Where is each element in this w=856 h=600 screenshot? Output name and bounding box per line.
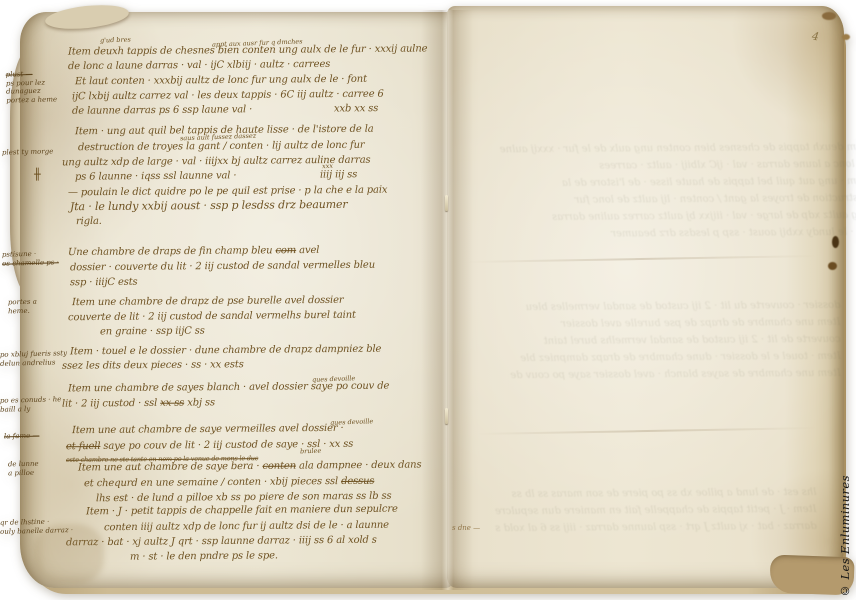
manuscript-line: ps 6 launne · iqss ssl launne val · iiij…: [75, 170, 236, 183]
interlinear-note: g'ud bres: [100, 35, 131, 44]
manuscript-photo: g'ud bres appt aux ausr fur q dmches Ite…: [0, 0, 856, 600]
margin-note-line: portes a: [8, 298, 37, 307]
struck-text: xx ss: [160, 398, 184, 409]
manuscript-line: Item · touel e le dossier · dune chambre…: [70, 344, 381, 359]
left-page: g'ud bres appt aux ausr fur q dmches Ite…: [20, 12, 454, 588]
manuscript-line: Item une chambre de drapz de pse burelle…: [72, 295, 344, 309]
margin-note: plest ty morge: [2, 147, 54, 157]
manuscript-line: conten iiij aultz xdp de lonc fur ij aul…: [104, 520, 389, 534]
line-text: avel: [299, 245, 319, 256]
price-amount: iiij iij ss: [320, 169, 357, 181]
line-text: et chequrd en une semaine / conten · xbi…: [84, 476, 338, 489]
line-text: xbj ss: [187, 397, 215, 408]
margin-note: de lunne a pilloe: [8, 460, 39, 478]
bleed-through-text: lhs est · de lund a pilloe xb ss po pier…: [495, 484, 817, 537]
manuscript-line: Item une aut chambre de saye bera · cont…: [78, 460, 422, 475]
manuscript-line: Et laut conten · xxxbij aultz de lonc fu…: [75, 74, 367, 89]
manuscript-line: et chequrd en une semaine / conten · xbi…: [84, 476, 374, 491]
manuscript-line: couverte de lit · 2 iij custod de sandal…: [68, 310, 356, 325]
ghost-line: Jta · le lundy xxbij aoust · ssp p lesds…: [500, 224, 856, 244]
margin-note-line: a pilloe: [8, 468, 39, 477]
manuscript-line: rigla.: [76, 216, 102, 228]
margin-note-line: delun andrelius: [0, 358, 67, 368]
bleed-through-text: dossier · couverte du lit · 2 iij custod…: [510, 297, 841, 384]
manuscript-line: Item une aut chambre de saye vermeilles …: [72, 423, 344, 437]
ink-offset-mark: s dne —: [452, 524, 480, 532]
struck-text: com: [275, 245, 296, 256]
margin-note-line: heme.: [8, 306, 37, 315]
margin-note-line: baill a ly: [0, 404, 62, 414]
margin-note-line: po es conuds · he: [0, 395, 61, 405]
margin-note-line: ouly banelle darraz ·: [0, 526, 73, 536]
manuscript-line: de lonc a laune darras · val · ijC xlbii…: [68, 59, 330, 73]
margin-note-line: po xbluj fueris ssty: [0, 349, 67, 359]
manuscript-line: m · st · le den pndre ps le spe.: [130, 550, 278, 563]
line-text: de launne darras ps 6 ssp laune val ·: [72, 104, 252, 117]
binding-stitch: [445, 195, 448, 211]
margin-note-line: plest ty morge: [2, 147, 54, 157]
ghost-line: Item une chambre de sayes blanch · avel …: [510, 365, 841, 384]
line-text: ala dampnee · deux dans: [299, 460, 422, 472]
manuscript-line: Item · J · petit tappis de chappelle fai…: [86, 504, 398, 519]
manuscript-line: destruction de troyes la gant / conten ·…: [78, 140, 365, 154]
page-crease: [477, 427, 817, 435]
manuscript-line: ssez les dits deux pieces · ss · xx ests: [62, 359, 244, 373]
manuscript-line: Jta · le lundy xxbij aoust · ssp p lesds…: [70, 199, 348, 213]
open-manuscript-book: g'ud bres appt aux ausr fur q dmches Ite…: [26, 4, 848, 596]
line-text: Une chambre de draps de fin champ bleu: [68, 245, 273, 258]
manuscript-line: Une chambre de draps de fin champ bleu c…: [68, 245, 319, 259]
price-amount: xxb xx ss: [334, 103, 378, 115]
photo-credit: © Les Enluminures: [838, 442, 852, 598]
margin-note: portes a heme.: [8, 298, 37, 316]
margin-note: plust — ps pour lez dunaguez portez a he…: [6, 69, 58, 104]
margin-note-line: os chamelle ps ·: [2, 258, 59, 268]
folio-number: 4: [811, 30, 820, 44]
scribal-hash-mark: ╫: [34, 168, 39, 181]
manuscript-line: dossier · couverte du lit · 2 iij custod…: [70, 260, 375, 275]
margin-note-line: de lunne: [8, 460, 39, 469]
right-page: 4 Item deuxh tappis de chesnes bien cont…: [447, 6, 844, 588]
line-text: Item une aut chambre de saye bera ·: [78, 461, 259, 474]
page-crease: [467, 255, 817, 263]
interlinear-note: brulee: [300, 447, 322, 456]
struck-text: et fuell: [66, 441, 100, 452]
line-text: ps 6 launne · iqss ssl launne val ·: [75, 170, 236, 182]
manuscript-line: ssp · iiijC ests: [70, 277, 138, 290]
manuscript-line: Item deuxh tappis de chesnes bien conten…: [68, 43, 428, 58]
manuscript-line: de launne darras ps 6 ssp laune val · xx…: [72, 104, 252, 118]
manuscript-line: en graine · ssp iijC ss: [100, 326, 205, 339]
manuscript-line: darraz · bat · xj aultz J qrt · ssp laun…: [66, 535, 377, 550]
margin-note: pstisune · os chamelle ps ·: [2, 249, 59, 267]
margin-note: la fame —: [4, 432, 40, 441]
binding-stitch: [445, 408, 448, 424]
margin-note-line: portez a heme: [6, 95, 57, 105]
struck-text: conten: [262, 461, 296, 472]
struck-text: dessus: [341, 476, 374, 487]
margin-note: qr de lhstine · ouly banelle darraz ·: [0, 517, 73, 536]
manuscript-line: lit · 2 iij custod · ssl xx ss xbj ss: [62, 397, 215, 410]
bleed-through-text: Item deuxh tappis de chesnes bien conten…: [500, 139, 856, 244]
margin-note-line: la fame —: [4, 432, 40, 441]
manuscript-line: Item une chambre de sayes blanch · avel …: [68, 381, 389, 396]
line-text: lit · 2 iij custod · ssl: [62, 398, 157, 410]
manuscript-line: ijC lxbij aultz carrez val · les deux ta…: [72, 89, 384, 104]
margin-note: po es conuds · he baill a ly: [0, 395, 62, 413]
ghost-line: darraz · bat · xj aultz J qrt · ssp laun…: [495, 518, 817, 537]
margin-note: po xbluj fueris ssty delun andrelius: [0, 349, 67, 368]
